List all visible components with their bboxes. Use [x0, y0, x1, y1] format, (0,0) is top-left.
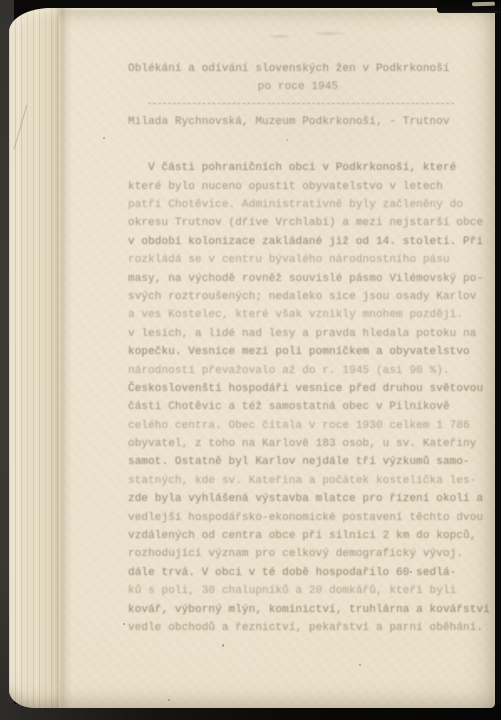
scan-area: Oblékání a odívání slovenských žen v Pod… — [0, 0, 501, 720]
text-line: celého centra. Obec čítala v roce 1930 c… — [128, 417, 468, 435]
dust-speck — [123, 623, 125, 625]
text-line: zde byla vyhlášená výstavba mlatce pro ř… — [128, 490, 468, 508]
text-line: a ves Kostelec, které však vznikly mnohe… — [128, 306, 468, 324]
dust-speck — [103, 137, 105, 139]
text-line: kovář, výborný mlýn, kominictví, truhlár… — [128, 601, 468, 619]
text-line: v období kolonizace zakládané již od 14.… — [128, 233, 468, 251]
dust-speck — [410, 571, 412, 573]
text-line: V části pohraničních obcí v Podkrkonoší,… — [128, 159, 468, 177]
paper-smudge — [305, 30, 353, 37]
text-line: v lesích, a lidé nad lesy a pravda hleda… — [128, 325, 468, 343]
page-crease — [56, 8, 72, 708]
text-line: vedlejší hospodářsko-ekonomické postaven… — [128, 509, 468, 527]
dust-speck — [222, 644, 224, 647]
dust-speck — [168, 699, 170, 701]
text-line: ků s poli, 30 chalupníků a 20 domkářů, k… — [128, 582, 468, 600]
page-edge-stack — [9, 8, 59, 708]
text-line: patří Chotěvice. Administrativně byly za… — [128, 196, 468, 214]
text-line: samot. Ostatně byl Karlov nejdále tří vý… — [128, 453, 468, 471]
page-corner-sliver — [472, 2, 495, 7]
dust-speck — [359, 664, 361, 666]
text-line: obyvatel, z toho na Karlově 183 osob, u … — [128, 435, 468, 453]
text-line: Českoslovenští hospodáři vesnice před dr… — [128, 380, 468, 398]
showthrough-text-block: Oblékání a odívání slovenských žen v Pod… — [128, 60, 468, 637]
showthrough-heading-line2: po roce 1945 — [128, 78, 468, 96]
dust-speck — [286, 139, 288, 141]
text-line: rozhodující význam pro celkový demografi… — [128, 545, 468, 563]
text-line: vedle obchodů a řeznictví, pekařství a p… — [128, 619, 468, 637]
text-line: svých roztroušených; nedaleko sice jsou … — [128, 288, 468, 306]
showthrough-paragraph: V části pohraničních obcí v Podkrkonoší,… — [128, 159, 468, 637]
text-line: dále trvá. V obci v té době hospodařilo … — [128, 564, 468, 582]
text-line: statných, kde sv. Kateřina a počátek kos… — [128, 472, 468, 490]
text-line: které bylo nuceno opustit obyvatelstvo v… — [128, 178, 468, 196]
text-line: vzdálených od centra obce při silnici 2 … — [128, 527, 468, 545]
book-page: Oblékání a odívání slovenských žen v Pod… — [9, 8, 495, 708]
paper-smudge — [263, 33, 297, 40]
text-line: masy, na východě rovněž souvislé pásmo V… — [128, 270, 468, 288]
text-line: části Chotěvic a též samostatná obec v P… — [128, 398, 468, 416]
text-line: okresu Trutnov (dříve Vrchlabí) a mezi n… — [128, 214, 468, 232]
text-line: rozkládá se v centru bývalého národnostn… — [128, 251, 468, 269]
text-line: národností převažovalo až do r. 1945 (as… — [128, 362, 468, 380]
dashed-divider-rule — [148, 103, 454, 104]
showthrough-heading-line1: Oblékání a odívání slovenských žen v Pod… — [128, 60, 468, 78]
showthrough-byline: Milada Rychnovská, Muzeum Podkrkonoší, -… — [128, 113, 468, 131]
text-line: kopečku. Vesnice mezi poli pomníčkem a o… — [128, 343, 468, 361]
